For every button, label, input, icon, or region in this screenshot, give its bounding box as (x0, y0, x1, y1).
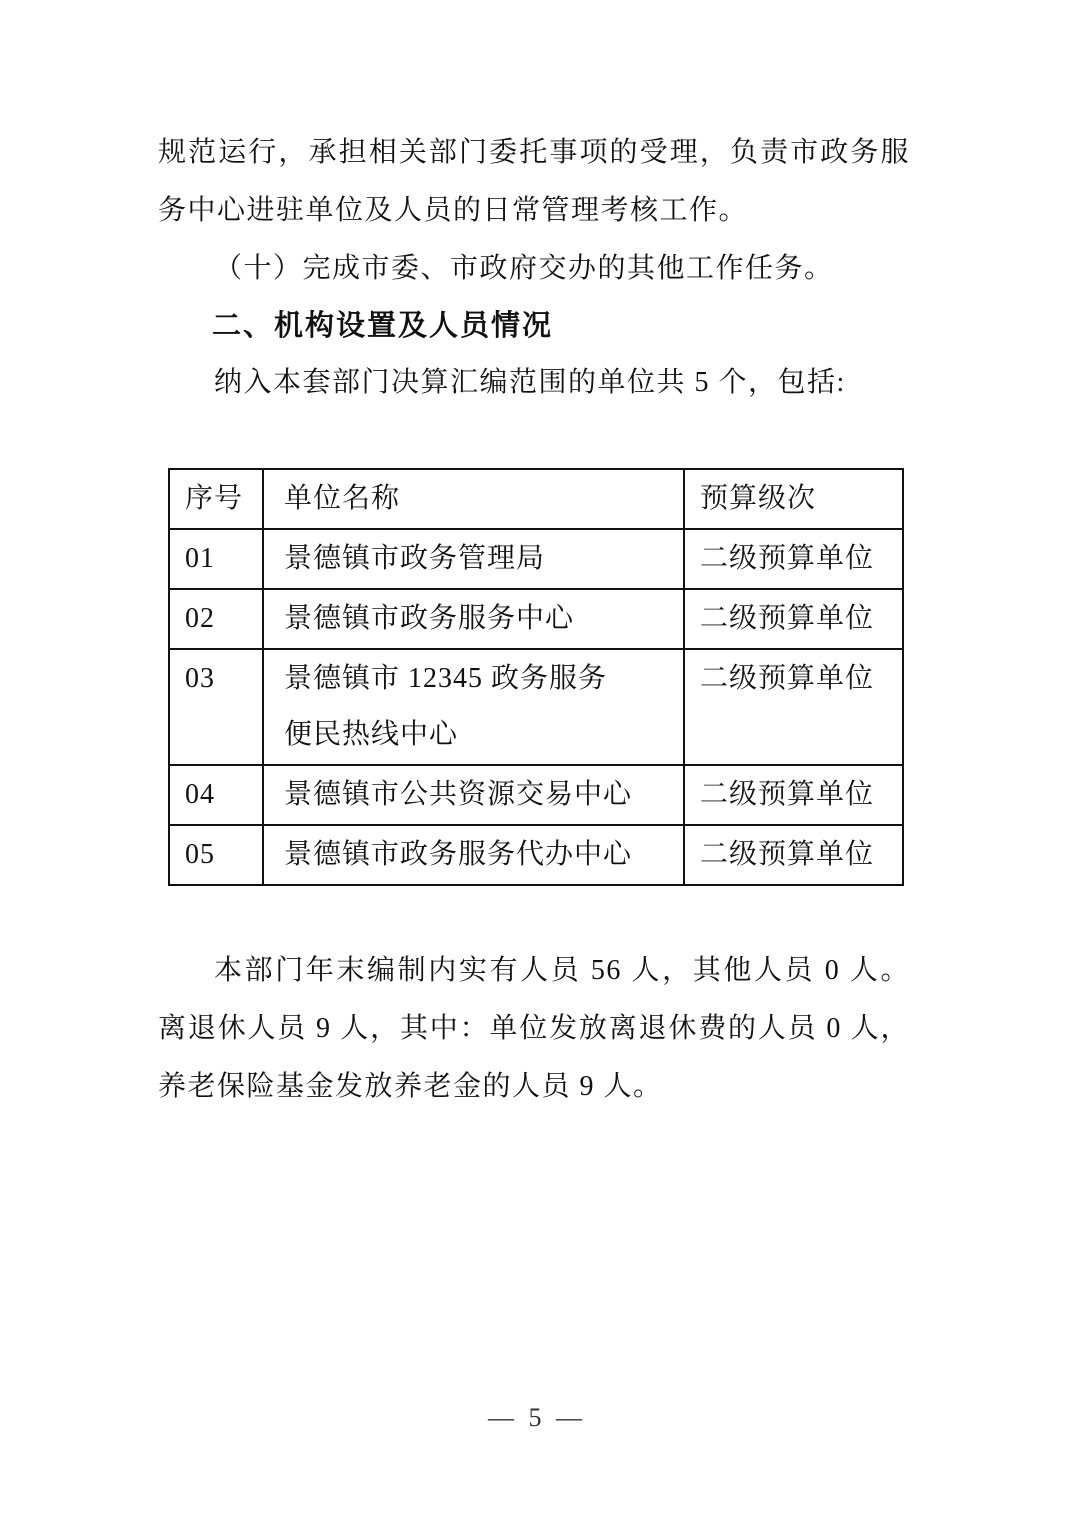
page-number: — 5 — (0, 1398, 1074, 1438)
table-header-row: 序号 单位名称 预算级次 (169, 469, 903, 529)
cell-budget-level: 二级预算单位 (684, 589, 903, 649)
table-row: 01 景德镇市政务管理局 二级预算单位 (169, 529, 903, 589)
cell-budget-level: 二级预算单位 (684, 825, 903, 885)
cell-budget-level: 二级预算单位 (684, 649, 903, 765)
paragraph-continuation: 规范运行，承担相关部门委托事项的受理，负责市政务服务中心进驻单位及人员的日常管理… (158, 124, 910, 240)
cell-unit-name: 景德镇市政务服务中心 (263, 589, 684, 649)
header-cell-name: 单位名称 (263, 469, 684, 529)
table-row: 04 景德镇市公共资源交易中心 二级预算单位 (169, 765, 903, 825)
page-content: 规范运行，承担相关部门委托事项的受理，负责市政务服务中心进驻单位及人员的日常管理… (0, 0, 1074, 1116)
cell-id: 01 (169, 529, 263, 589)
cell-id: 04 (169, 765, 263, 825)
cell-budget-level: 二级预算单位 (684, 765, 903, 825)
units-table: 序号 单位名称 预算级次 01 景德镇市政务管理局 二级预算单位 02 景德镇市… (168, 468, 904, 886)
header-cell-level: 预算级次 (684, 469, 903, 529)
table-row: 05 景德镇市政务服务代办中心 二级预算单位 (169, 825, 903, 885)
paragraph-intro: 纳入本套部门决算汇编范围的单位共 5 个，包括: (158, 354, 910, 412)
paragraph-item-ten: （十）完成市委、市政府交办的其他工作任务。 (158, 240, 910, 298)
cell-unit-name: 景德镇市 12345 政务服务 便民热线中心 (263, 649, 684, 765)
cell-id: 05 (169, 825, 263, 885)
cell-unit-name: 景德镇市政务管理局 (263, 529, 684, 589)
document-page: 规范运行，承担相关部门委托事项的受理，负责市政务服务中心进驻单位及人员的日常管理… (0, 0, 1074, 1520)
section-heading: 二、机构设置及人员情况 (158, 298, 910, 354)
cell-unit-name: 景德镇市政务服务代办中心 (263, 825, 684, 885)
table-row: 03 景德镇市 12345 政务服务 便民热线中心 二级预算单位 (169, 649, 903, 765)
cell-budget-level: 二级预算单位 (684, 529, 903, 589)
cell-id: 02 (169, 589, 263, 649)
cell-unit-name: 景德镇市公共资源交易中心 (263, 765, 684, 825)
cell-id: 03 (169, 649, 263, 765)
header-cell-id: 序号 (169, 469, 263, 529)
paragraph-closing: 本部门年末编制内实有人员 56 人，其他人员 0 人。离退休人员 9 人，其中：… (158, 942, 910, 1116)
table-row: 02 景德镇市政务服务中心 二级预算单位 (169, 589, 903, 649)
